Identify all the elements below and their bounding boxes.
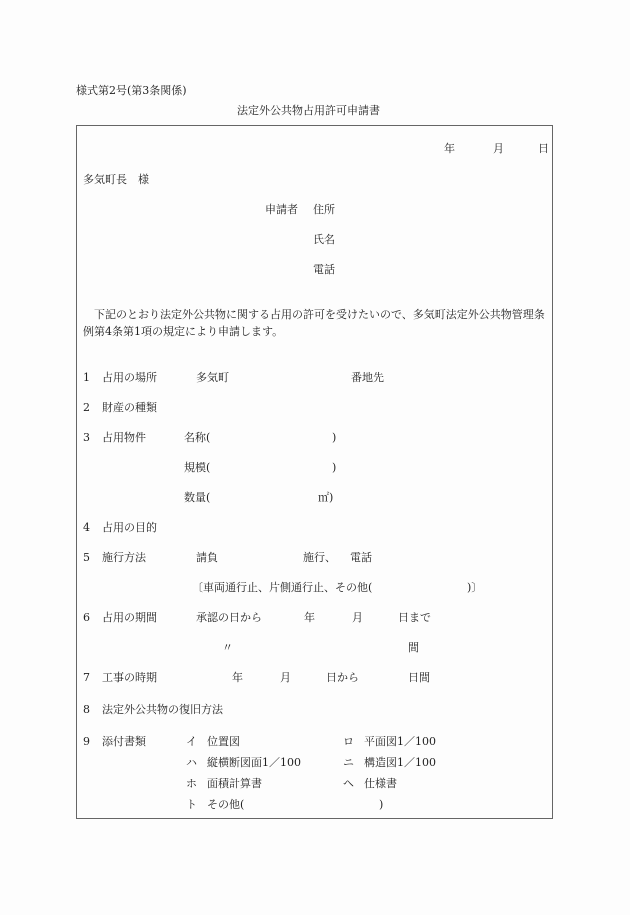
item3-name-close: ) bbox=[332, 431, 336, 445]
doc-mark-ha: ハ bbox=[186, 756, 197, 770]
date-year-label: 年 bbox=[444, 142, 455, 156]
item9-label: 添付書類 bbox=[102, 735, 146, 749]
doc-plan-view: 平面図1／100 bbox=[364, 735, 436, 749]
item6-until: 日まで bbox=[398, 611, 431, 625]
item3-qty-label: 数量( bbox=[184, 491, 210, 505]
doc-structure-drawing: 構造図1／100 bbox=[364, 756, 436, 770]
doc-mark-ro: ロ bbox=[343, 735, 354, 749]
item1-label: 占用の場所 bbox=[102, 371, 157, 385]
item6-period: 間 bbox=[408, 641, 419, 655]
item1-number: 1 bbox=[83, 371, 90, 385]
item7-year: 年 bbox=[232, 671, 243, 685]
item6-year: 年 bbox=[304, 611, 315, 625]
item2-label: 財産の種類 bbox=[102, 401, 157, 415]
doc-mark-he: ヘ bbox=[343, 777, 354, 791]
item6-ditto: 〃 bbox=[222, 641, 233, 655]
item7-from: 日から bbox=[326, 671, 359, 685]
doc-mark-i: イ bbox=[186, 735, 197, 749]
item3-name-label: 名称( bbox=[184, 431, 210, 445]
application-statement: 下記のとおり法定外公共物に関する占用の許可を受けたいので、多気町法定外公共物管理… bbox=[83, 306, 553, 340]
doc-cross-section: 縦横断図面1／100 bbox=[207, 756, 301, 770]
doc-other-close: ) bbox=[379, 798, 383, 812]
date-month-label: 月 bbox=[493, 142, 504, 156]
applicant-phone-label: 電話 bbox=[313, 263, 335, 277]
item7-label: 工事の時期 bbox=[102, 671, 157, 685]
item1-town: 多気町 bbox=[196, 371, 229, 385]
item3-scale-close: ) bbox=[332, 461, 336, 475]
item8-label: 法定外公共物の復旧方法 bbox=[102, 703, 223, 717]
item5-execution: 施行、 bbox=[303, 551, 336, 565]
applicant-label: 申請者 bbox=[265, 203, 298, 217]
item9-number: 9 bbox=[83, 735, 90, 749]
item2-number: 2 bbox=[83, 401, 90, 415]
item6-month: 月 bbox=[352, 611, 363, 625]
item5-traffic-options: 〔車両通行止、片側通行止、その他( bbox=[192, 581, 372, 595]
date-day-label: 日 bbox=[538, 142, 549, 156]
item8-number: 8 bbox=[83, 703, 90, 717]
item5-label: 施行方法 bbox=[102, 551, 146, 565]
item3-number: 3 bbox=[83, 431, 90, 445]
item5-number: 5 bbox=[83, 551, 90, 565]
item3-scale-label: 規模( bbox=[184, 461, 210, 475]
item3-label: 占用物件 bbox=[102, 431, 146, 445]
addressee: 多気町長 様 bbox=[83, 173, 149, 187]
doc-other: その他( bbox=[207, 798, 244, 812]
item7-month: 月 bbox=[280, 671, 291, 685]
item4-label: 占用の目的 bbox=[102, 521, 157, 535]
item6-from: 承認の日から bbox=[196, 611, 262, 625]
item3-qty-unit: ㎡) bbox=[318, 491, 333, 505]
doc-mark-ni: ニ bbox=[343, 756, 354, 770]
doc-mark-ho: ホ bbox=[186, 777, 197, 791]
item5-traffic-close: )〕 bbox=[467, 581, 482, 595]
form-number: 様式第2号(第3条関係) bbox=[76, 84, 187, 98]
applicant-name-label: 氏名 bbox=[313, 233, 335, 247]
item7-number: 7 bbox=[83, 671, 90, 685]
form-title: 法定外公共物占用許可申請書 bbox=[237, 104, 380, 118]
item4-number: 4 bbox=[83, 521, 90, 535]
doc-mark-to: ト bbox=[186, 798, 197, 812]
item6-number: 6 bbox=[83, 611, 90, 625]
item5-phone: 電話 bbox=[350, 551, 372, 565]
item6-label: 占用の期間 bbox=[102, 611, 157, 625]
applicant-address-label: 住所 bbox=[313, 203, 335, 217]
doc-location-map: 位置図 bbox=[207, 735, 240, 749]
item7-days: 日間 bbox=[408, 671, 430, 685]
doc-specification: 仕様書 bbox=[364, 777, 397, 791]
doc-area-calculation: 面積計算書 bbox=[207, 777, 262, 791]
item1-suffix: 番地先 bbox=[351, 371, 384, 385]
item5-contractor: 請負 bbox=[196, 551, 218, 565]
